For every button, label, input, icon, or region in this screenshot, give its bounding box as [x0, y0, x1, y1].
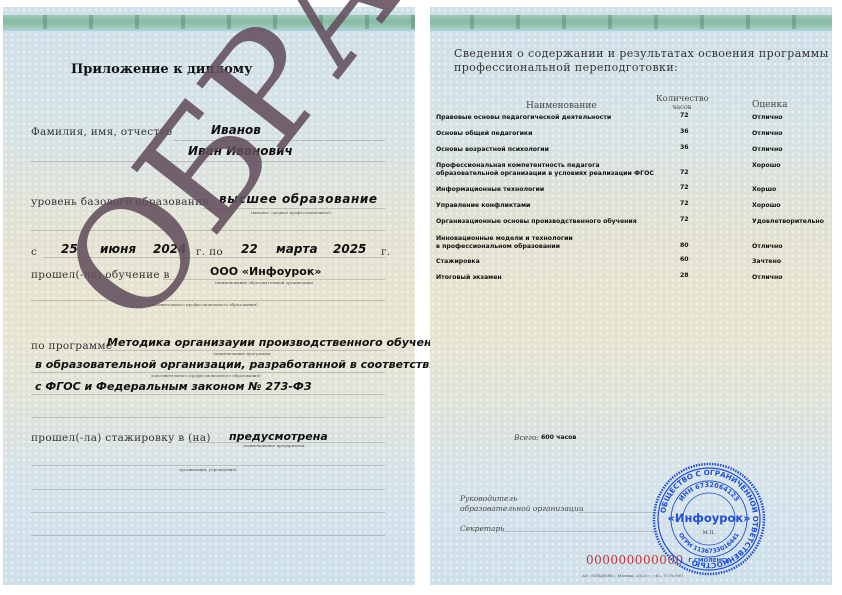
org-caption: (наименование образовательной организаци…: [215, 280, 313, 285]
internship-caption-2: организации, учреждения): [179, 467, 237, 472]
table-row-grade: Отлично: [752, 114, 783, 121]
table-row-name: Основы возрастной психологии: [436, 146, 549, 154]
surname-value: Иванов: [211, 123, 261, 137]
name-patronymic-value: Иван Иванович: [188, 144, 293, 158]
total-label: Всего:: [514, 433, 539, 442]
table-row-hours: 72: [680, 112, 689, 119]
table-row-name: Информационные технологии: [436, 186, 544, 194]
table-row-name: Инновационные модели и технологиив профе…: [436, 235, 573, 250]
program-label: по программе: [31, 340, 112, 352]
content-heading-line-2: профессиональной переподготовки:: [454, 61, 678, 75]
print-info: АО «ОПЦИОН», Москва, 2023 г., «Б», ТЗ № …: [582, 573, 683, 578]
head-label: Руководитель: [460, 494, 517, 503]
column-header-hours-unit: часов: [672, 103, 691, 111]
diploma-appendix-right-page: Сведения о содержании и результатах осво…: [430, 7, 832, 585]
table-row-hours: 28: [680, 272, 689, 279]
table-row-hours: 60: [680, 256, 689, 263]
end-year: 2025: [333, 242, 366, 256]
start-month: июня: [100, 242, 136, 256]
program-caption-2: дополнительного профессионального образо…: [151, 373, 261, 378]
table-row-hours: 72: [680, 200, 689, 207]
total-value: 600 часов: [541, 434, 576, 441]
ornamental-band: [430, 15, 832, 31]
from-label: с: [31, 246, 37, 258]
diploma-appendix-left-page: Приложение к диплому Фамилия, имя, отчес…: [3, 7, 415, 585]
program-line-1: Методика организауии производственного о…: [107, 336, 446, 349]
table-row-name: Правовые основы педагогической деятельно…: [436, 114, 611, 122]
end-month: марта: [276, 242, 318, 256]
table-row-name-line: Основы возрастной психологии: [436, 146, 549, 154]
start-year: 2024: [153, 242, 186, 256]
program-line-2: в образовательной организации, разработа…: [35, 358, 445, 371]
table-row-hours: 72: [680, 216, 689, 223]
table-row-grade: Хорошо: [752, 202, 781, 209]
ornamental-band: [3, 15, 415, 31]
base-edu-caption: (высшее, среднее профессиональное): [251, 210, 331, 215]
table-row-name-line: Правовые основы педагогической деятельно…: [436, 114, 611, 122]
table-row-hours: 36: [680, 128, 689, 135]
table-row-name: Организационные основы производственного…: [436, 218, 637, 226]
start-day: 25: [61, 242, 78, 256]
content-heading-line-1: Сведения о содержании и результатах осво…: [454, 47, 829, 61]
table-row-name-line: образовательной организации в условиях р…: [436, 170, 654, 178]
table-row-grade: Отлично: [752, 274, 783, 281]
program-line-3: с ФГОС и Федеральным законом № 273-ФЗ: [35, 380, 312, 393]
table-row-grade: Зачтено: [752, 258, 781, 265]
org-caption-2: дополнительного профессионального образо…: [148, 302, 258, 307]
internship-label: прошел(-ла) стажировку в (на): [31, 432, 211, 444]
table-row-name-line: в профессиональном образовании: [436, 243, 573, 251]
table-row-name-line: Организационные основы производственного…: [436, 218, 637, 226]
table-row-hours: 72: [680, 169, 689, 176]
column-header-grade: Оценка: [752, 100, 787, 110]
table-row-name: Управление конфликтами: [436, 202, 530, 210]
table-row-name-line: Итоговый экзамен: [436, 274, 502, 282]
table-row-name-line: Информационные технологии: [436, 186, 544, 194]
head-label-2: образовательной организации: [460, 504, 584, 513]
table-row-hours: 72: [680, 184, 689, 191]
table-row-name-line: Стажировка: [436, 258, 480, 266]
base-edu-value: высшее образование: [219, 192, 378, 206]
fio-label: Фамилия, имя, отчество: [31, 126, 172, 138]
base-edu-label: уровень базового образования: [31, 196, 209, 208]
table-row-grade: Отлично: [752, 130, 783, 137]
end-day: 22: [241, 242, 258, 256]
table-row-name: Стажировка: [436, 258, 480, 266]
table-row-name-line: Профессиональная компетентность педагога: [436, 162, 654, 170]
table-row-hours: 80: [680, 242, 689, 249]
table-row-name-line: Управление конфликтами: [436, 202, 530, 210]
table-row-name: Профессиональная компетентность педагога…: [436, 162, 654, 177]
page-title: Приложение к диплому: [71, 62, 252, 77]
table-row-name: Итоговый экзамен: [436, 274, 502, 282]
table-row-hours: 36: [680, 144, 689, 151]
table-row-name-line: Инновационные модели и технологии: [436, 235, 573, 243]
serial-number: 000000000000: [586, 553, 684, 567]
secretary-label: Секретарь: [460, 524, 504, 533]
table-row-grade: Хоршо: [752, 186, 776, 193]
column-header-name: Наименование: [526, 101, 597, 111]
org-value: ООО «Инфоурок»: [210, 265, 321, 278]
table-row-grade: Хорошо: [752, 162, 781, 169]
table-row-grade: Удовлетворительно: [752, 218, 824, 225]
table-row-grade: Отлично: [752, 146, 783, 153]
internship-caption: (наименование предприятия,: [243, 443, 306, 448]
program-caption: (наименование программы: [213, 351, 271, 356]
table-row-grade: Отлично: [752, 243, 783, 250]
table-row-name: Основы общей педагогики: [436, 130, 532, 138]
table-row-name-line: Основы общей педагогики: [436, 130, 532, 138]
studied-label: прошел(-ла) обучение в: [31, 269, 170, 281]
